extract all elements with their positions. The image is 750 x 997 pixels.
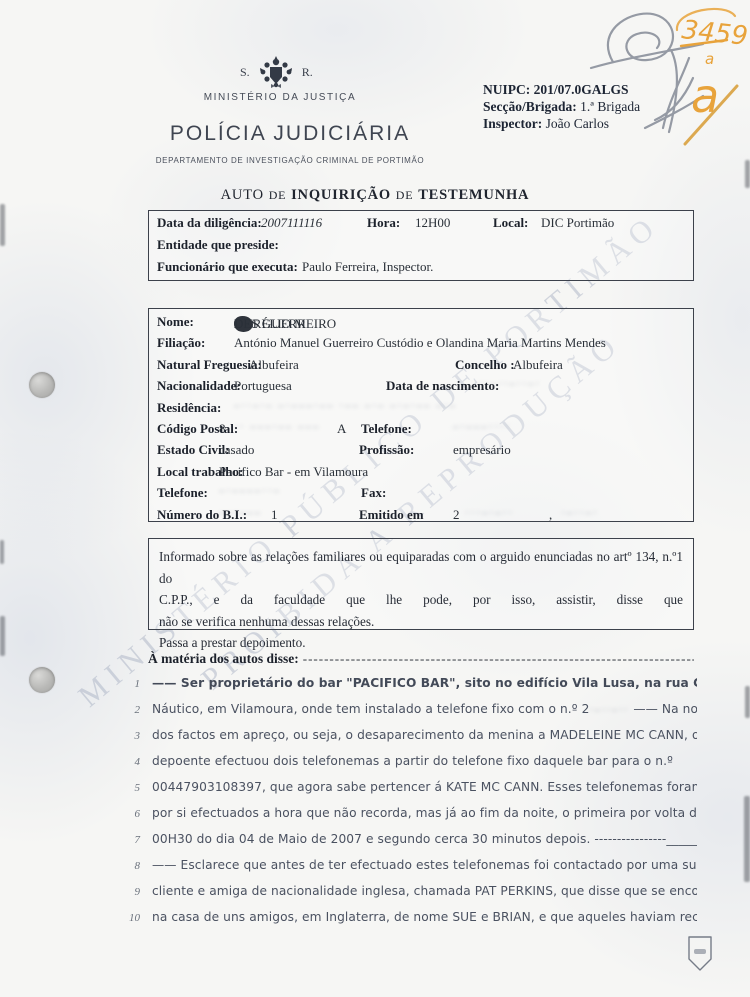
place-value: DIC Portimão [541, 215, 614, 231]
line-text-pre: Náutico, em Vilamoura, onde tem instalad… [152, 702, 589, 716]
nationality-label: Nacionalidade: [157, 378, 241, 394]
statement-line: 6por si efectuados a hora que não record… [118, 806, 718, 832]
scanned-document-page: MINISTÉRIO PÚBLICO DE PORTIMÃO PROIBIDA … [0, 0, 750, 997]
witness-row-marital: Estado Civil: casado Profissão: empresár… [149, 440, 693, 461]
line-number: 5 [118, 780, 140, 794]
line-number: 1 [118, 676, 140, 690]
witness-row-postal: Código Postal: 8 ·· –––·–– ––– A Telefon… [149, 419, 693, 440]
id-post: 1 [271, 507, 278, 523]
line-text: por si efectuados a hora que não recorda… [152, 806, 697, 820]
title-part: AUTO [221, 187, 264, 203]
ministry-crest: S. R. [240, 55, 350, 89]
title-part: TESTEMUNHA [418, 187, 529, 203]
phone1-label: Telefone: [361, 421, 412, 437]
statement-line: 700H30 do dia 04 de Maio de 2007 e segun… [118, 832, 718, 858]
witness-row-residence: Residência: –··–·– –·–––·–– ·–– –·– –·–·… [149, 398, 693, 419]
name-label: Nome: [157, 314, 194, 330]
officer-label: Funcionário que executa: [157, 259, 298, 275]
phone2-redacted: –·––––··– [219, 485, 281, 497]
line-number: 2 [118, 702, 140, 716]
line-number: 3 [118, 728, 140, 742]
place-label: Local: [493, 215, 528, 231]
edge-artifact [0, 540, 4, 564]
department-name: DEPARTAMENTO DE INVESTIGAÇÃO CRIMINAL DE… [120, 156, 460, 165]
diligence-row-3: Funcionário que executa: Paulo Ferreira,… [149, 257, 693, 279]
diligence-row-2: Entidade que preside: [149, 235, 693, 257]
witness-row-filiation: Filiação: António Manuel Guerreiro Custó… [149, 333, 693, 354]
profession-label: Profissão: [359, 442, 414, 458]
witness-row-name: Nome: AURÉLIO MENDES GUERREIRO [149, 312, 693, 333]
nuipc-label: NUIPC: [483, 82, 530, 97]
edge-artifact [0, 616, 5, 656]
line-text: 00H30 do dia 04 de Maio de 2007 e segund… [152, 832, 697, 846]
work-value: Pacifico Bar - em Vilamoura [219, 464, 368, 480]
edge-artifact [745, 686, 750, 718]
issued-pre: 2 [453, 507, 460, 523]
line-number: 4 [118, 754, 140, 768]
id-redacted: ––·––– [219, 507, 262, 519]
line-number: 10 [118, 910, 140, 924]
handwritten-annotations: 3459 a a [585, 0, 750, 150]
time-value: 12H00 [415, 215, 450, 231]
issued-redacted-2: ·–··–· [561, 507, 599, 519]
witness-row-work: Local trabalho: Pacifico Bar - em Vilamo… [149, 462, 693, 483]
line-number: 8 [118, 858, 140, 872]
edge-artifact [745, 160, 750, 188]
statement-line: 8—— Esclarece que antes de ter efectuado… [118, 858, 718, 884]
statement-heading: À matéria dos autos disse: -------------… [148, 650, 694, 668]
postal-label: Código Postal: [157, 421, 238, 437]
statement-line: 1—— Ser proprietário do bar "PACIFICO BA… [118, 676, 718, 702]
title-part: INQUIRIÇÃO [291, 187, 391, 203]
edge-artifact [744, 796, 750, 882]
line-text: Náutico, em Vilamoura, onde tem instalad… [152, 702, 697, 716]
diligence-row-1: Data da diligência: 2007111116 Hora: 12H… [149, 213, 693, 235]
nationality-value: Portuguesa [234, 378, 292, 394]
witness-row-id: Número do B.I.: ––·––– 1 Emitido em 2 ··… [149, 505, 693, 526]
line-text: dos factos em apreço, ou seja, o desapar… [152, 728, 697, 742]
title-part: DE [269, 188, 287, 202]
line-text: depoente efectuou dois telefonemas a par… [152, 754, 673, 768]
notice-box: Informado sobre as relações familiares o… [148, 538, 694, 630]
shield-stamp-icon [684, 934, 716, 974]
phone2-label: Telefone: [157, 485, 208, 501]
witness-row-parish: Natural Freguesia: Albufeira Concelho : … [149, 355, 693, 376]
line-text: —— Ser proprietário do bar "PACIFICO BAR… [152, 676, 697, 690]
residence-value-redacted: –··–·– –·–––·–– ·–– –·– –·–·–– –·– [234, 400, 457, 412]
parish-value: Albufeira [249, 357, 299, 373]
title-part: DE [396, 188, 414, 202]
line-text: 00447903108397, que agora sabe pertencer… [152, 780, 697, 794]
svg-text:a: a [691, 69, 719, 123]
residence-label: Residência: [157, 400, 221, 416]
postal-pre: 8 [219, 421, 226, 437]
line-number: 9 [118, 884, 140, 898]
officer-value: Paulo Ferreira, Inspector. [302, 259, 433, 275]
statement-line: 500447903108397, que agora sabe pertence… [118, 780, 718, 806]
line-text: na casa de uns amigos, em Inglaterra, de… [152, 910, 697, 924]
coat-of-arms-icon [256, 55, 296, 89]
county-label: Concelho : [455, 357, 515, 373]
county-value: Albufeira [513, 357, 563, 373]
statement-line: 9cliente e amiga de nacionalidade ingles… [118, 884, 718, 910]
issued-comma: , [549, 507, 552, 523]
phone1-redacted: –·–––···· [453, 421, 511, 433]
birth-value-redacted: ··–··–··–· [479, 378, 541, 390]
line-number: 7 [118, 832, 140, 846]
filiation-label: Filiação: [157, 335, 205, 351]
profession-value: empresário [453, 442, 511, 458]
filiation-value: António Manuel Guerreiro Custódio e Olan… [234, 335, 606, 351]
edge-artifact [0, 204, 5, 246]
page-number-handwritten: 3459 a a [677, 9, 749, 144]
svg-text:a: a [705, 50, 714, 68]
witness-row-phone2: Telefone: –·––––··– Fax: [149, 483, 693, 504]
agency-name: POLÍCIA JUDICIÁRIA [150, 122, 430, 146]
name-post: DES GUERREIRO [234, 316, 336, 332]
inspector-label: Inspector: [483, 116, 542, 131]
crest-letter-s: S. [240, 65, 250, 80]
statement-heading-dashes: ----------------------------------------… [303, 651, 694, 666]
statement-line: 3dos factos em apreço, ou seja, o desapa… [118, 728, 718, 754]
postal-redacted: ·· –––·–– ––– [234, 421, 321, 433]
statement-line: 4depoente efectuou dois telefonemas a pa… [118, 754, 718, 780]
diligence-table: Data da diligência: 2007111116 Hora: 12H… [148, 210, 694, 281]
line-text-post: —— Na noite [629, 702, 697, 716]
marital-value: casado [219, 442, 254, 458]
presiding-label: Entidade que preside: [157, 237, 279, 253]
parish-label: Natural Freguesia: [157, 357, 262, 373]
crest-letter-r: R. [302, 65, 313, 80]
date-value: 2007111116 [261, 215, 322, 231]
postal-post: A [337, 421, 346, 437]
issued-redacted: ···–·–·· [465, 507, 514, 519]
line-text: —— Esclarece que antes de ter efectuado … [152, 858, 697, 872]
time-label: Hora: [367, 215, 400, 231]
witness-table: Nome: AURÉLIO MENDES GUERREIRO Filiação:… [148, 308, 694, 522]
statement-line: 10na casa de uns amigos, em Inglaterra, … [118, 910, 718, 936]
page-title: AUTO DE INQUIRIÇÃO DE TESTEMUNHA [0, 186, 750, 204]
hole-punch-top [29, 372, 55, 398]
hole-punch-bottom [29, 667, 55, 693]
seccao-label: Secção/Brigada: [483, 99, 577, 114]
statement-line: 2Náutico, em Vilamoura, onde tem instala… [118, 702, 718, 728]
line-number: 6 [118, 806, 140, 820]
line-phone-redacted: ·–··–·· [589, 705, 629, 716]
witness-row-nationality: Nacionalidade: Portuguesa Data de nascim… [149, 376, 693, 397]
date-label: Data da diligência: [157, 215, 262, 231]
notice-line-1: Informado sobre as relações familiares o… [159, 546, 683, 589]
notice-line-3: não se verifica nenhuma dessas relações. [159, 611, 683, 633]
statement-heading-label: À matéria dos autos disse: [148, 651, 299, 666]
notice-line-2: C.P.P., e da faculdade que lhe pode, por… [159, 589, 683, 611]
line-text: cliente e amiga de nacionalidade inglesa… [152, 884, 697, 898]
ministry-name: MINISTÉRIO DA JUSTIÇA [150, 92, 410, 103]
fax-label: Fax: [361, 485, 386, 501]
issued-label: Emitido em [359, 507, 424, 523]
